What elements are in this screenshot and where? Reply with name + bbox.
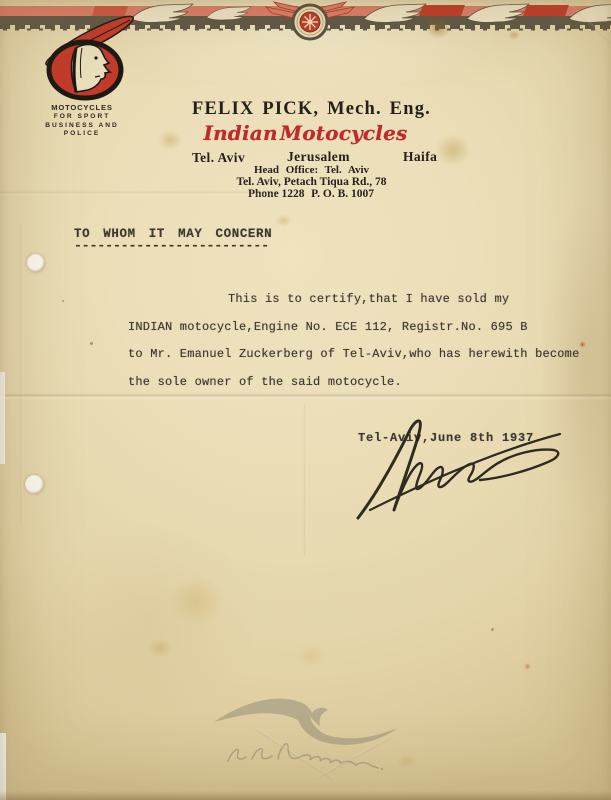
stain <box>148 638 172 658</box>
pob-number: P. O. B. 1007 <box>311 188 374 200</box>
city-jerusalem: Jerusalem <box>287 149 350 165</box>
speck <box>90 342 93 345</box>
body-line: INDIAN motocycle,Engine No. ECE 112, Reg… <box>128 314 588 342</box>
indian-head-logo <box>38 8 142 106</box>
stain <box>396 754 416 769</box>
scan-edge <box>0 733 6 800</box>
fold-crease-vertical <box>303 405 308 555</box>
brand-script: Indian Motocycles <box>0 121 611 145</box>
letter-body: This is to certify,that I have sold my I… <box>128 286 588 396</box>
punch-hole-top <box>27 254 45 272</box>
phone-pob-row: Phone 1228 P. O. B. 1007 <box>248 188 374 200</box>
speck <box>491 628 494 631</box>
phone-number: Phone 1228 <box>248 188 305 200</box>
stain <box>524 663 531 670</box>
head-office-line: Head Office: Tel. Aviv <box>0 164 611 176</box>
stain <box>168 576 224 626</box>
address-line: Tel. Aviv, Petach Tiqua Rd., 78 <box>0 176 611 188</box>
company-name: FELIX PICK, Mech. Eng. <box>0 99 611 120</box>
signature-ink <box>352 412 570 530</box>
stain <box>296 644 326 668</box>
speck <box>62 300 64 302</box>
city-haifa: Haifa <box>403 149 437 165</box>
body-line: This is to certify,that I have sold my <box>128 286 588 314</box>
scan-edge <box>0 372 5 464</box>
verso-signature <box>220 733 388 775</box>
body-line: to Mr. Emanuel Zuckerberg of Tel-Aviv,wh… <box>128 341 588 369</box>
punch-hole-bottom <box>25 475 44 494</box>
paper-sheet: MOTOCYCLES FOR SPORT BUSINESS AND POLICE… <box>0 0 611 800</box>
body-line: the sole owner of the said motocycle. <box>128 369 588 397</box>
fold-crease-horizontal <box>0 190 275 197</box>
scanned-letter: MOTOCYCLES FOR SPORT BUSINESS AND POLICE… <box>0 0 611 800</box>
stain <box>275 214 292 227</box>
salutation-underline: ------------------------- <box>74 238 269 253</box>
fold-crease-vertical <box>19 225 24 525</box>
paper-bottom-shadow <box>0 791 611 800</box>
